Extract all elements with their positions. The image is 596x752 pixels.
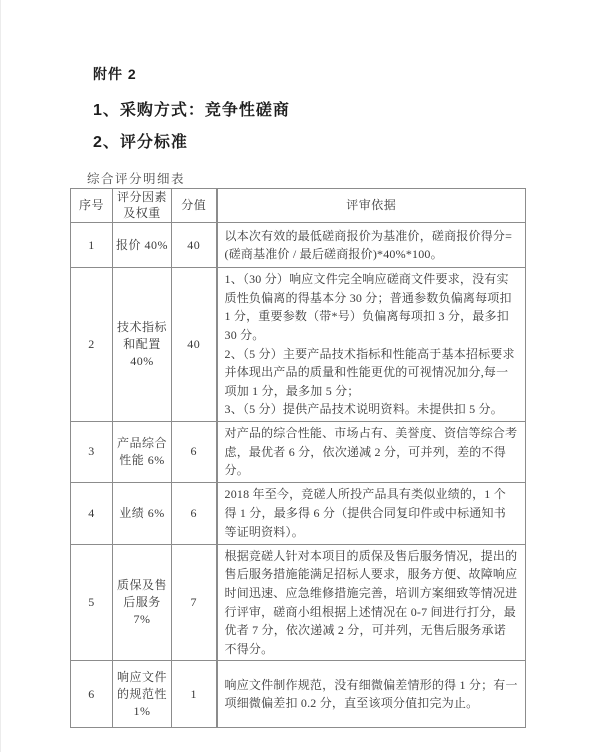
table-row: 4 业绩 6% 6 2018 年至今，竞磋人所投产品具有类似业绩的，1 个得 1… bbox=[71, 482, 526, 544]
table-row: 3 产品综合性能 6% 6 对产品的综合性能、市场占有、美誉度、资信等综合考虑，… bbox=[71, 421, 526, 482]
factor-cell: 产品综合性能 6% bbox=[113, 421, 172, 482]
score-table-body: 1 报价 40% 40 以本次有效的最低磋商报价为基准价，磋商报价得分=(磋商基… bbox=[71, 223, 526, 728]
header-factor: 评分因素及权重 bbox=[113, 189, 172, 223]
attachment-title: 附件 2 bbox=[93, 64, 137, 84]
criteria-cell: 根据竞磋人针对本项目的质保及售后服务情况，提出的售后服务措施能满足招标人要求，服… bbox=[217, 544, 526, 661]
score-cell: 1 bbox=[172, 661, 217, 728]
criteria-cell: 以本次有效的最低磋商报价为基准价，磋商报价得分=(磋商基准价 / 最后磋商报价)… bbox=[217, 223, 526, 268]
score-cell: 7 bbox=[172, 544, 217, 661]
score-table-head: 序号 评分因素及权重 分值 评审依据 bbox=[71, 189, 526, 223]
factor-cell: 质保及售后服务 7% bbox=[113, 544, 172, 661]
factor-cell: 报价 40% bbox=[113, 223, 172, 268]
score-cell: 6 bbox=[172, 421, 217, 482]
table-row: 6 响应文件 的规范性 1% 1 响应文件制作规范，没有细微偏差情形的得 1 分… bbox=[71, 661, 526, 728]
document-page: 附件 2 1、采购方式：竞争性磋商 2、评分标准 综合评分明细表 序号 评分因素… bbox=[0, 0, 596, 752]
heading-scoring-standard: 2、评分标准 bbox=[93, 129, 188, 152]
table-row: 1 报价 40% 40 以本次有效的最低磋商报价为基准价，磋商报价得分=(磋商基… bbox=[71, 223, 526, 268]
header-score: 分值 bbox=[172, 189, 217, 223]
criteria-cell: 对产品的综合性能、市场占有、美誉度、资信等综合考虑，最优者 6 分，依次递减 2… bbox=[217, 421, 526, 482]
row-number-cell: 1 bbox=[71, 223, 113, 268]
header-row: 序号 评分因素及权重 分值 评审依据 bbox=[71, 189, 526, 223]
row-number-cell: 2 bbox=[71, 268, 113, 422]
score-cell: 40 bbox=[172, 268, 217, 422]
row-number-cell: 6 bbox=[71, 661, 113, 728]
row-number-cell: 3 bbox=[71, 421, 113, 482]
header-criteria: 评审依据 bbox=[217, 189, 526, 223]
heading-procurement-method: 1、采购方式：竞争性磋商 bbox=[93, 97, 290, 120]
table-row: 5 质保及售后服务 7% 7 根据竞磋人针对本项目的质保及售后服务情况，提出的售… bbox=[71, 544, 526, 661]
criteria-cell: 2018 年至今，竞磋人所投产品具有类似业绩的，1 个得 1 分，最多得 6 分… bbox=[217, 482, 526, 544]
table-caption: 综合评分明细表 bbox=[87, 169, 185, 187]
factor-cell: 响应文件 的规范性 1% bbox=[113, 661, 172, 728]
criteria-cell: 1、（30 分）响应文件完全响应磋商文件要求，没有实质性负偏离的得基本分 30 … bbox=[217, 268, 526, 422]
score-cell: 6 bbox=[172, 482, 217, 544]
factor-cell: 业绩 6% bbox=[113, 482, 172, 544]
row-number-cell: 4 bbox=[71, 482, 113, 544]
score-cell: 40 bbox=[172, 223, 217, 268]
row-number-cell: 5 bbox=[71, 544, 113, 661]
criteria-cell: 响应文件制作规范，没有细微偏差情形的得 1 分；有一项细微偏差扣 0.2 分，直… bbox=[217, 661, 526, 728]
table-row: 2 技术指标 和配置 40% 40 1、（30 分）响应文件完全响应磋商文件要求… bbox=[71, 268, 526, 422]
header-seq-no: 序号 bbox=[71, 189, 113, 223]
factor-cell: 技术指标 和配置 40% bbox=[113, 268, 172, 422]
score-detail-table: 序号 评分因素及权重 分值 评审依据 1 报价 40% 40 以本次有效的最低磋… bbox=[70, 188, 526, 728]
